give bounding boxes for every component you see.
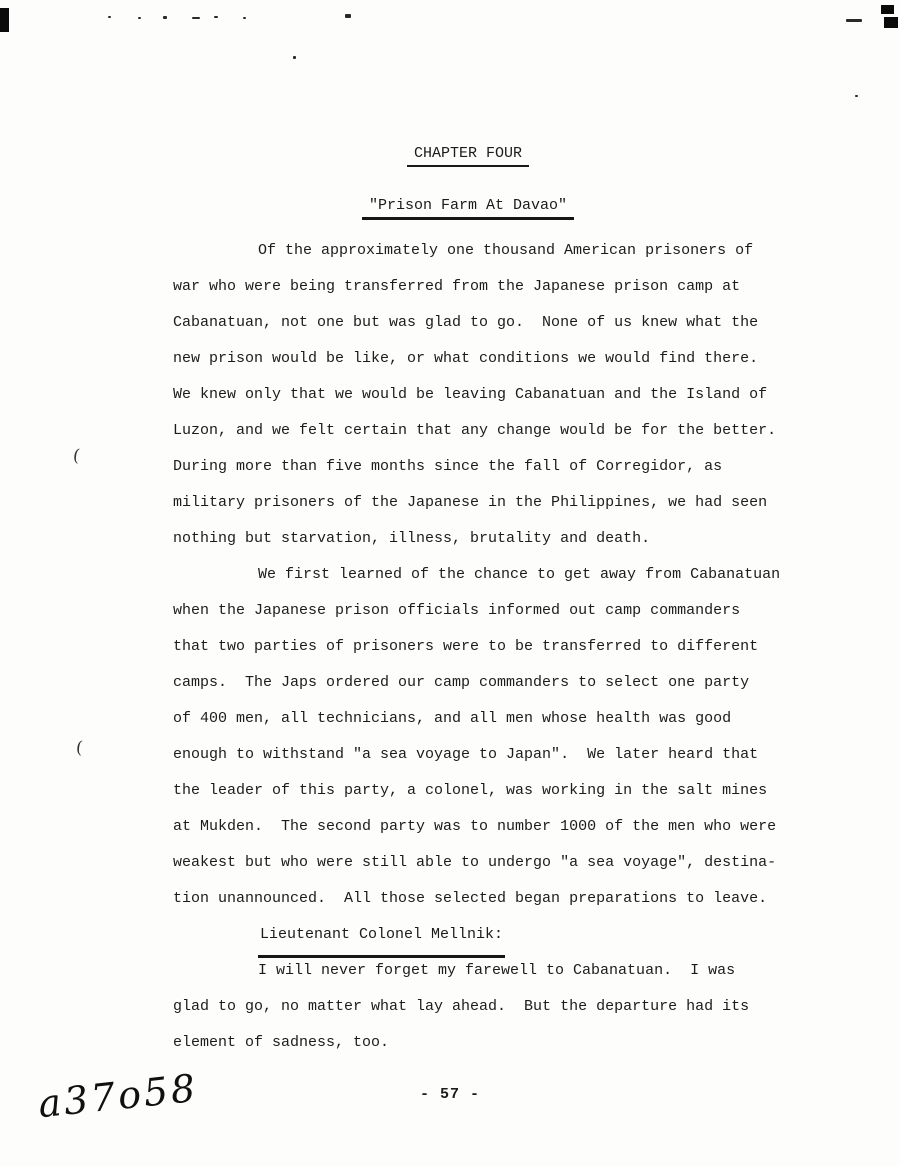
subheading-line: Lieutenant Colonel Mellnik:: [173, 917, 833, 953]
noise-speck: [138, 17, 141, 19]
noise-speck: [214, 16, 218, 18]
section-title-text: "Prison Farm At Davao": [362, 197, 574, 220]
text-line: glad to go, no matter what lay ahead. Bu…: [173, 989, 833, 1025]
text-line: war who were being transferred from the …: [173, 269, 833, 305]
text-line: enough to withstand "a sea voyage to Jap…: [173, 737, 833, 773]
margin-stray-mark: (: [75, 738, 84, 759]
chapter-heading-text: CHAPTER FOUR: [407, 145, 529, 167]
text-line: Luzon, and we felt certain that any chan…: [173, 413, 833, 449]
text-line: During more than five months since the f…: [173, 449, 833, 485]
text-line: camps. The Japs ordered our camp command…: [173, 665, 833, 701]
scanned-document-page: ( ( CHAPTER FOUR "Prison Farm At Davao" …: [0, 0, 900, 1166]
text-line: military prisoners of the Japanese in th…: [173, 485, 833, 521]
text-line: new prison would be like, or what condit…: [173, 341, 833, 377]
subheading-text: Lieutenant Colonel Mellnik:: [258, 917, 505, 958]
text-line: weakest but who were still able to under…: [173, 845, 833, 881]
margin-stray-mark: (: [72, 446, 81, 467]
noise-speck: [293, 56, 296, 59]
text-line: that two parties of prisoners were to be…: [173, 629, 833, 665]
text-line: tion unannounced. All those selected beg…: [173, 881, 833, 917]
noise-speck: [192, 17, 200, 19]
section-title: "Prison Farm At Davao": [0, 180, 900, 237]
text-line: at Mukden. The second party was to numbe…: [173, 809, 833, 845]
noise-speck: [855, 95, 858, 97]
noise-speck: [345, 14, 351, 18]
text-line: We knew only that we would be leaving Ca…: [173, 377, 833, 413]
noise-speck: [846, 19, 862, 22]
noise-speck: [243, 17, 246, 19]
body-lines: Of the approximately one thousand Americ…: [173, 233, 833, 1061]
ink-smudge: [0, 8, 9, 32]
noise-speck: [108, 16, 111, 18]
ink-smudge: [884, 17, 898, 28]
text-line: element of sadness, too.: [173, 1025, 833, 1061]
chapter-heading: CHAPTER FOUR: [0, 128, 900, 184]
text-line: the leader of this party, a colonel, was…: [173, 773, 833, 809]
noise-speck: [163, 16, 167, 19]
text-line: Cabanatuan, not one but was glad to go. …: [173, 305, 833, 341]
text-line: of 400 men, all technicians, and all men…: [173, 701, 833, 737]
text-line: I will never forget my farewell to Caban…: [173, 953, 833, 989]
text-line: when the Japanese prison officials infor…: [173, 593, 833, 629]
ink-smudge: [881, 5, 894, 14]
text-line: We first learned of the chance to get aw…: [173, 557, 833, 593]
handwritten-annotation: a37o58: [36, 1066, 200, 1127]
text-line: nothing but starvation, illness, brutali…: [173, 521, 833, 557]
text-line: Of the approximately one thousand Americ…: [173, 233, 833, 269]
